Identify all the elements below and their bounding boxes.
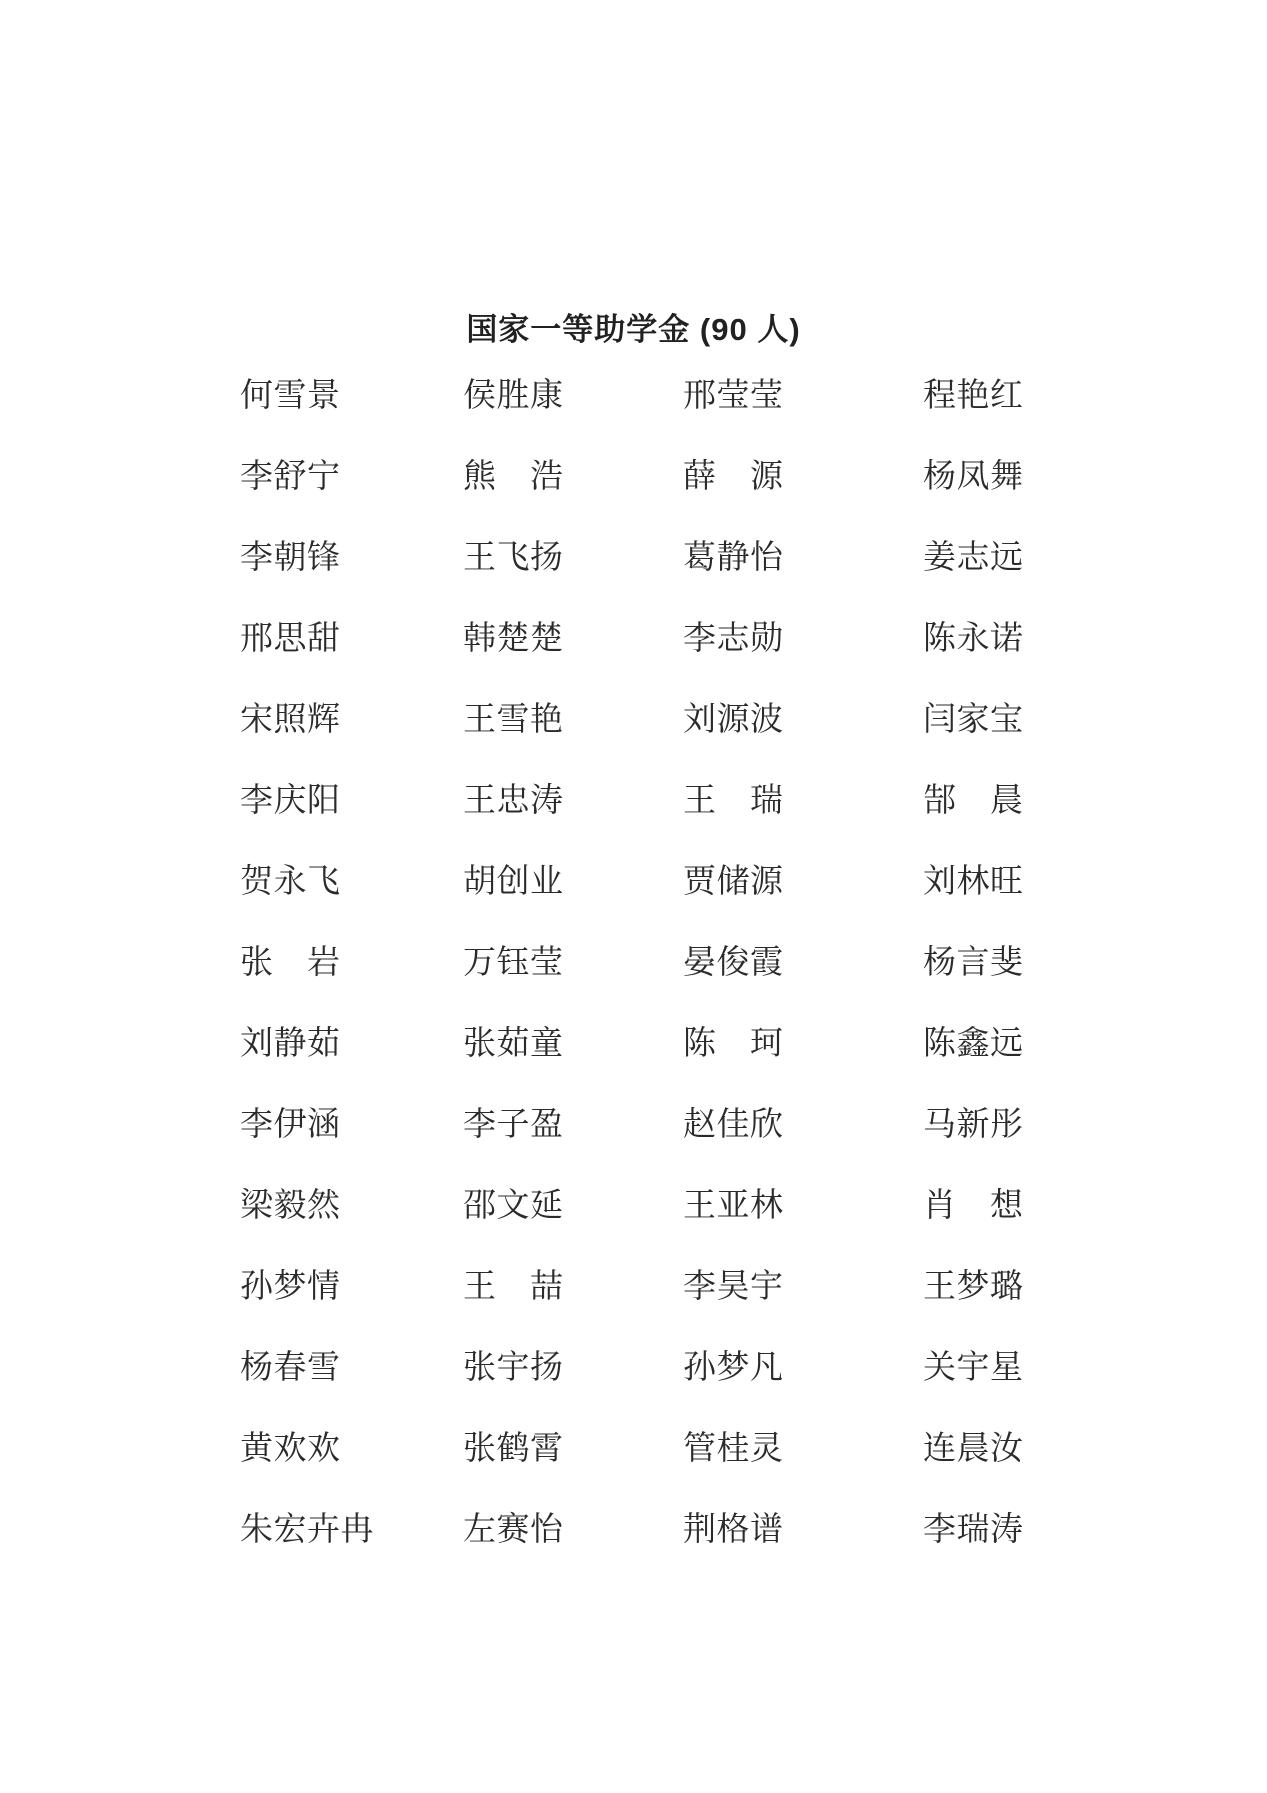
scholar-name: 万钰莹 — [463, 919, 683, 1000]
scholar-name: 马新彤 — [923, 1081, 1083, 1162]
scholar-name: 胡创业 — [463, 838, 683, 919]
scholar-name: 王雪艳 — [463, 676, 683, 757]
scholar-name: 张宇扬 — [463, 1324, 683, 1405]
scholar-name: 张鹤霄 — [463, 1405, 683, 1486]
scholar-name: 梁毅然 — [240, 1162, 463, 1243]
scholar-name: 杨春雪 — [240, 1324, 463, 1405]
scholar-name: 陈 珂 — [683, 1000, 923, 1081]
scholar-name: 薛 源 — [683, 433, 923, 514]
scholar-name: 李瑞涛 — [923, 1486, 1083, 1567]
scholar-name: 孙梦凡 — [683, 1324, 923, 1405]
scholar-name: 李子盈 — [463, 1081, 683, 1162]
scholar-name: 杨凤舞 — [923, 433, 1083, 514]
page-title: 国家一等助学金 (90 人) — [0, 311, 1267, 349]
scholar-name: 李舒宁 — [240, 433, 463, 514]
scholar-name: 李志勋 — [683, 595, 923, 676]
scholar-name: 赵佳欣 — [683, 1081, 923, 1162]
scholar-name: 姜志远 — [923, 514, 1083, 595]
scholar-name: 程艳红 — [923, 352, 1083, 433]
scholar-name: 熊 浩 — [463, 433, 683, 514]
scholar-name: 葛静怡 — [683, 514, 923, 595]
scholar-name: 管桂灵 — [683, 1405, 923, 1486]
scholar-name: 左赛怡 — [463, 1486, 683, 1567]
scholar-name: 邵文延 — [463, 1162, 683, 1243]
scholar-name: 张 岩 — [240, 919, 463, 1000]
scholar-name: 刘源波 — [683, 676, 923, 757]
document-page: 国家一等助学金 (90 人) 何雪景侯胜康邢莹莹程艳红李舒宁熊 浩薛 源杨凤舞李… — [0, 0, 1267, 1793]
scholar-name: 王忠涛 — [463, 757, 683, 838]
scholar-name: 陈鑫远 — [923, 1000, 1083, 1081]
scholar-name: 李朝锋 — [240, 514, 463, 595]
scholar-name: 荆格谱 — [683, 1486, 923, 1567]
scholar-name: 连晨汝 — [923, 1405, 1083, 1486]
scholar-name: 晏俊霞 — [683, 919, 923, 1000]
scholar-name: 孙梦情 — [240, 1243, 463, 1324]
scholar-name: 贾储源 — [683, 838, 923, 919]
scholar-name: 王 喆 — [463, 1243, 683, 1324]
scholar-name: 李伊涵 — [240, 1081, 463, 1162]
scholar-name: 陈永诺 — [923, 595, 1083, 676]
scholar-name: 李庆阳 — [240, 757, 463, 838]
scholar-name: 何雪景 — [240, 352, 463, 433]
scholar-name: 肖 想 — [923, 1162, 1083, 1243]
scholar-name: 黄欢欢 — [240, 1405, 463, 1486]
scholar-name: 刘林旺 — [923, 838, 1083, 919]
scholar-name: 王飞扬 — [463, 514, 683, 595]
scholar-name: 张茹童 — [463, 1000, 683, 1081]
scholar-name: 王亚林 — [683, 1162, 923, 1243]
scholar-name: 韩楚楚 — [463, 595, 683, 676]
scholar-name: 贺永飞 — [240, 838, 463, 919]
scholar-name: 朱宏卉冉 — [240, 1486, 463, 1567]
scholar-name: 李昊宇 — [683, 1243, 923, 1324]
scholar-name: 杨言斐 — [923, 919, 1083, 1000]
scholar-name: 邢莹莹 — [683, 352, 923, 433]
scholar-name: 闫家宝 — [923, 676, 1083, 757]
scholar-name: 郜 晨 — [923, 757, 1083, 838]
scholar-name: 关宇星 — [923, 1324, 1083, 1405]
names-grid: 何雪景侯胜康邢莹莹程艳红李舒宁熊 浩薛 源杨凤舞李朝锋王飞扬葛静怡姜志远邢思甜韩… — [240, 352, 1083, 1567]
scholar-name: 刘静茹 — [240, 1000, 463, 1081]
scholar-name: 王梦璐 — [923, 1243, 1083, 1324]
scholar-name: 邢思甜 — [240, 595, 463, 676]
scholar-name: 宋照辉 — [240, 676, 463, 757]
scholar-name: 侯胜康 — [463, 352, 683, 433]
scholar-name: 王 瑞 — [683, 757, 923, 838]
